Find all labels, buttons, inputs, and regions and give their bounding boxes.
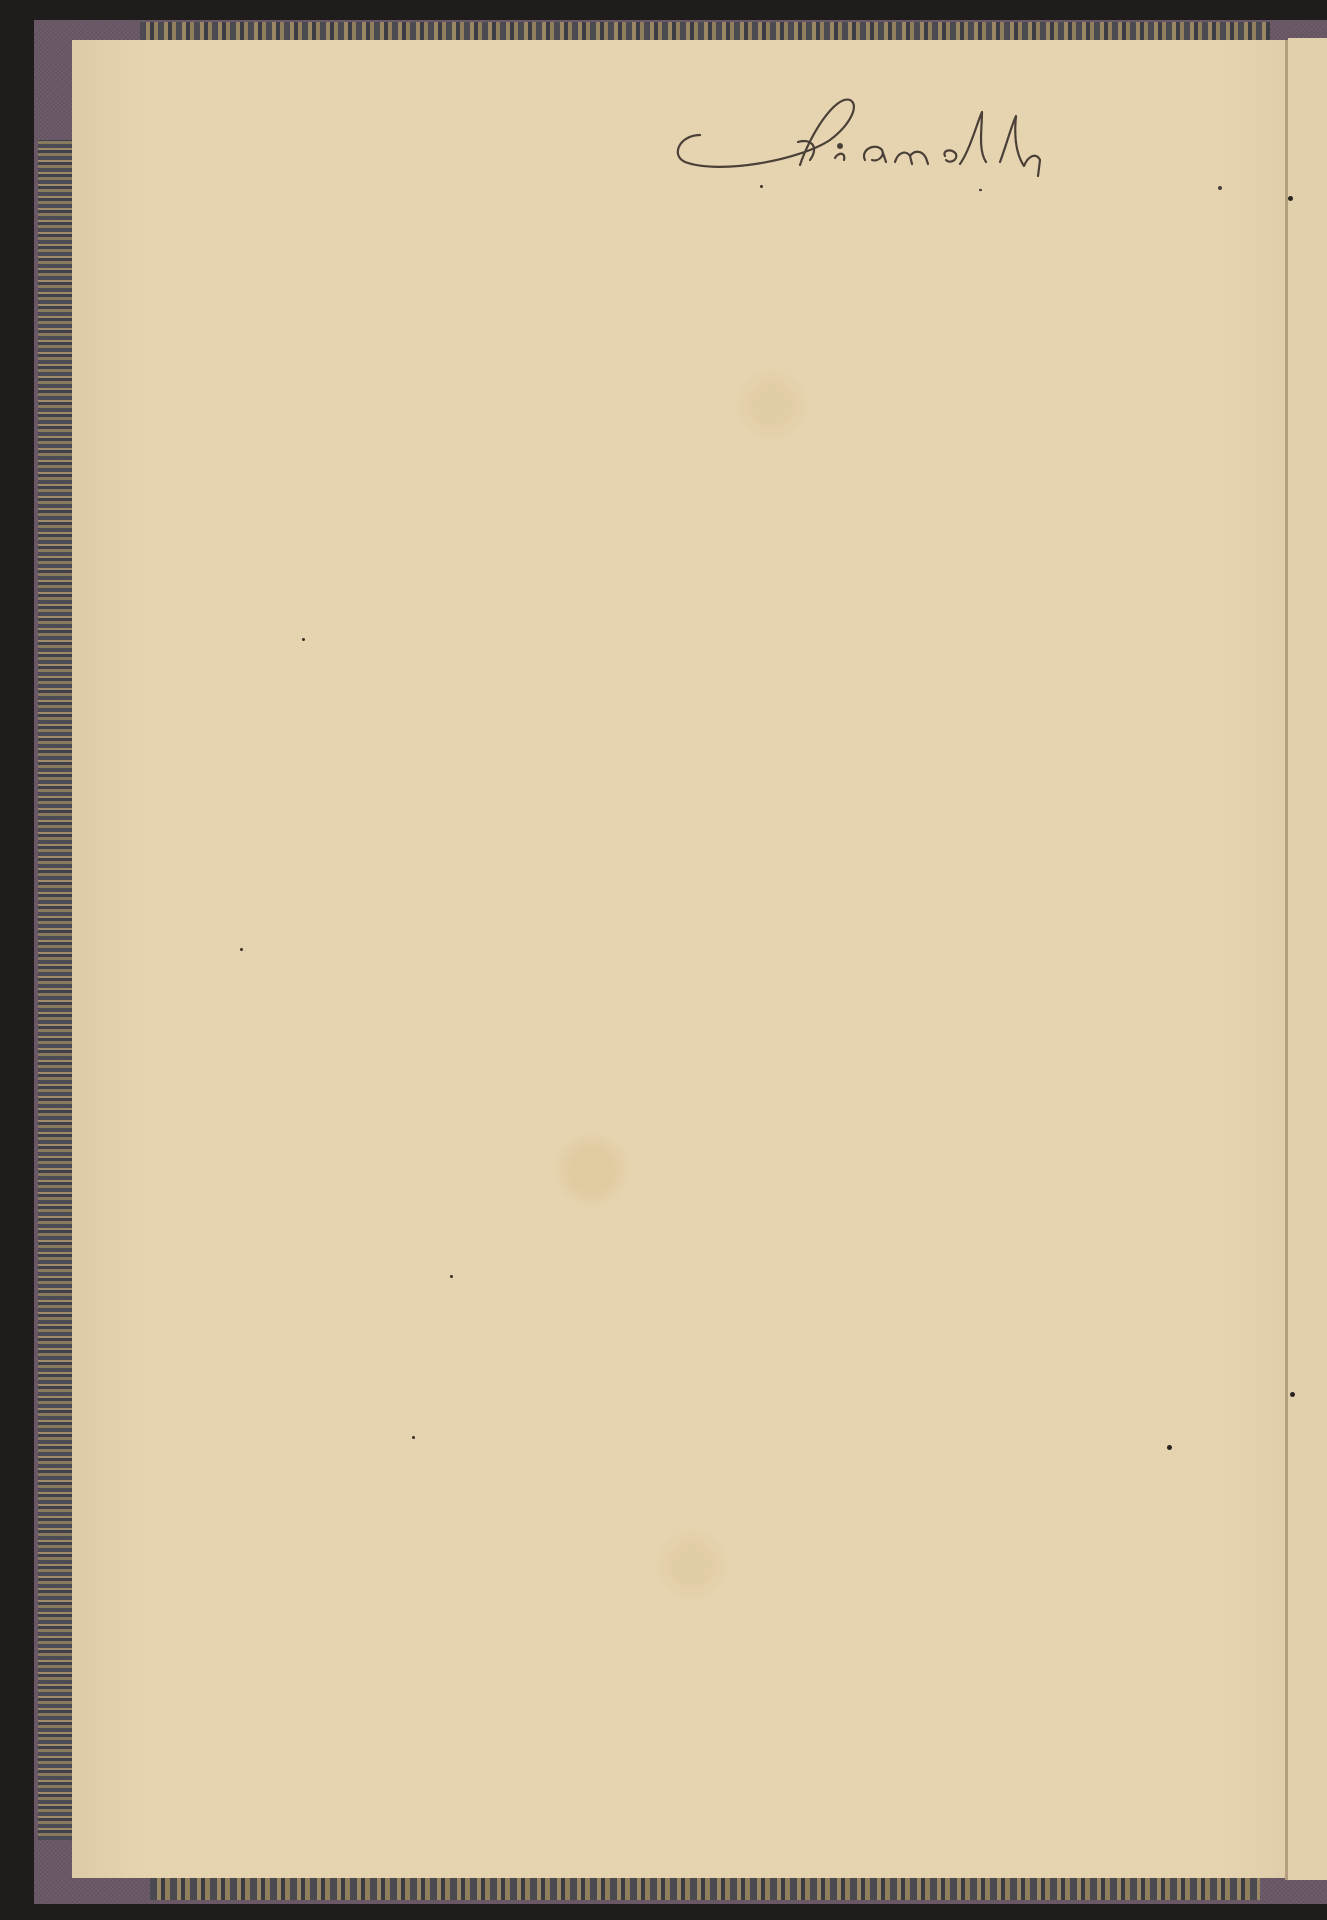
endpaper-page xyxy=(72,40,1292,1878)
binding-thread xyxy=(1290,1392,1295,1397)
page-shading xyxy=(72,40,1292,1878)
paper-speck xyxy=(302,638,305,641)
signature-ink-icon xyxy=(660,80,1240,200)
paper-speck xyxy=(450,1275,453,1278)
paper-speck xyxy=(760,185,763,188)
handwritten-signature: Franciotti xyxy=(660,80,1240,200)
signature-text: Franciotti xyxy=(660,80,665,81)
page-gutter-line xyxy=(1285,40,1288,1880)
binding-thread xyxy=(1288,196,1293,201)
adjacent-page-edge xyxy=(1288,38,1327,1880)
paper-speck xyxy=(1167,1445,1172,1450)
marbled-paper-left-edge xyxy=(38,140,74,1840)
paper-speck xyxy=(412,1436,415,1439)
paper-speck xyxy=(240,948,243,951)
